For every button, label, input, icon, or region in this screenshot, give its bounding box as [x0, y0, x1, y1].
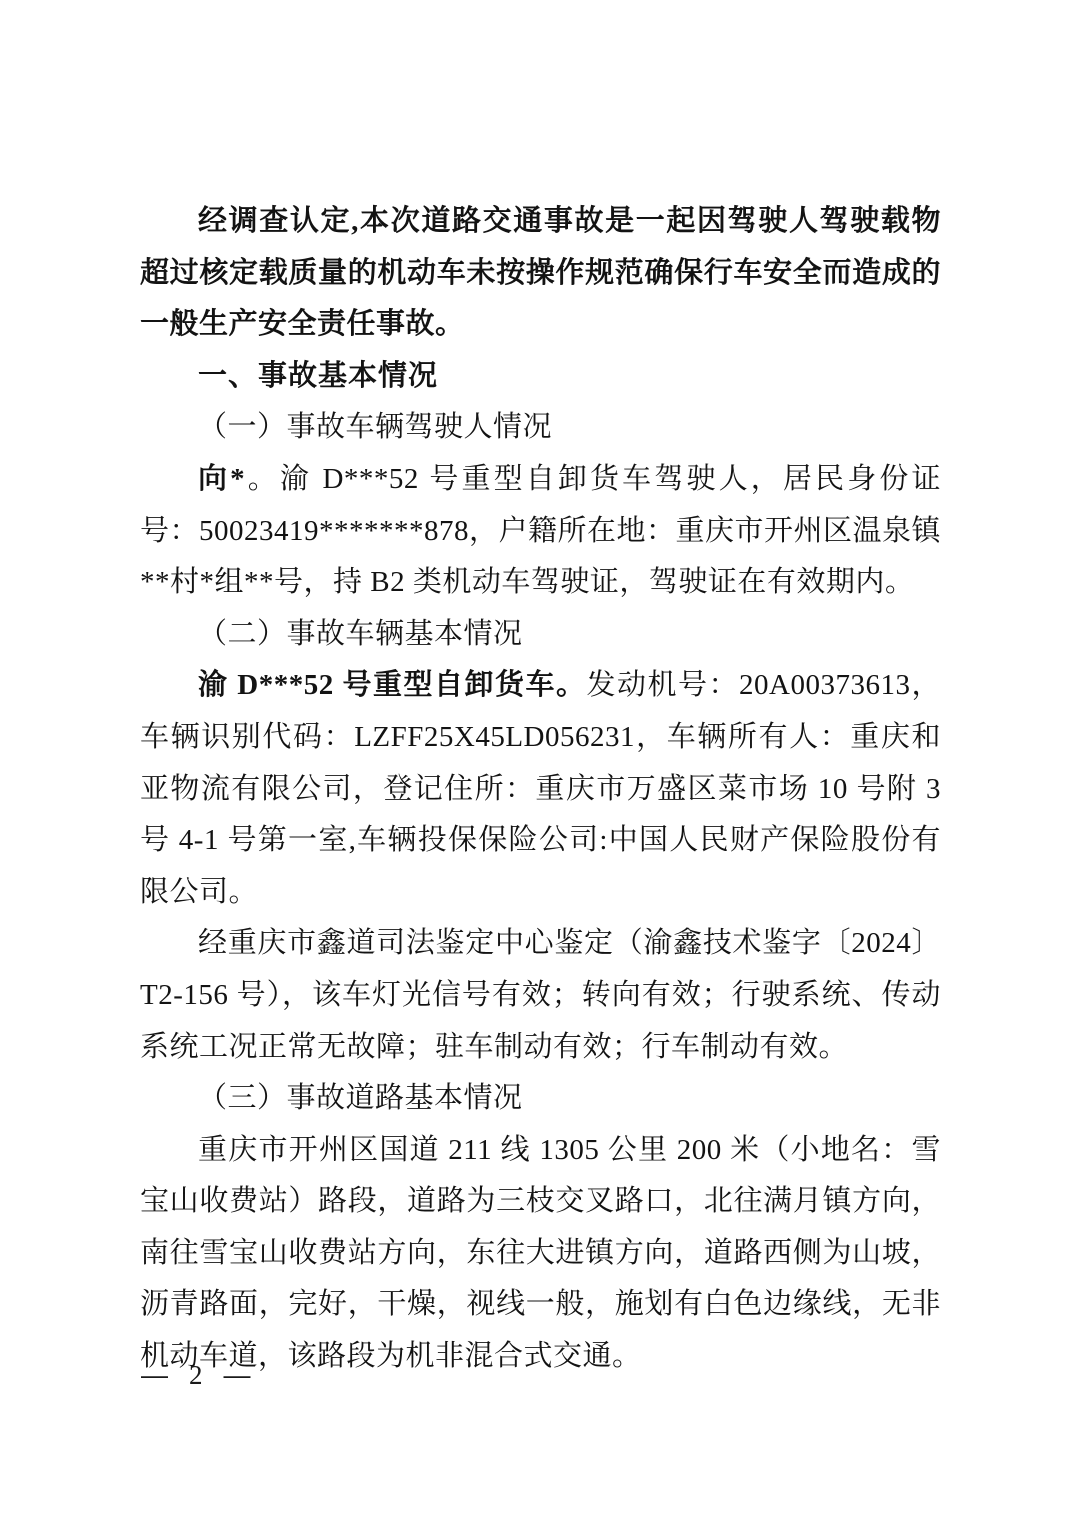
section-heading-accident-basics: 一、事故基本情况: [140, 351, 941, 403]
vehicle-inspection-paragraph: 经重庆市鑫道司法鉴定中心鉴定（渝鑫技术鉴字〔2024〕T2-156 号），该车灯…: [140, 918, 941, 1073]
subsection-heading-road-info: （三）事故道路基本情况: [140, 1073, 941, 1125]
driver-name-lead: 向*: [198, 463, 245, 495]
document-body: 经调查认定,本次道路交通事故是一起因驾驶人驾驶载物超过核定载质量的机动车未按操作…: [140, 196, 941, 1383]
subsection-heading-driver-info: （一）事故车辆驾驶人情况: [140, 402, 941, 454]
vehicle-info-text: 发动机号：20A00373613，车辆识别代码：LZFF25X45LD05623…: [140, 669, 941, 907]
footer-dash-left: —: [141, 1360, 168, 1390]
footer-dash-right: —: [224, 1360, 251, 1390]
vehicle-info-paragraph: 渝 D***52 号重型自卸货车。发动机号：20A00373613，车辆识别代码…: [140, 660, 941, 918]
document-page: 经调查认定,本次道路交通事故是一起因驾驶人驾驶载物超过核定载质量的机动车未按操作…: [0, 0, 1074, 1520]
page-footer: —2—: [141, 1358, 251, 1392]
page-number: 2: [189, 1358, 203, 1392]
vehicle-plate-lead: 渝 D***52 号重型自卸货车。: [198, 669, 587, 701]
subsection-heading-vehicle-info: （二）事故车辆基本情况: [140, 609, 941, 661]
driver-info-paragraph: 向*。渝 D***52 号重型自卸货车驾驶人，居民身份证号：50023419**…: [140, 454, 941, 609]
driver-info-text: 。渝 D***52 号重型自卸货车驾驶人，居民身份证号：50023419****…: [140, 463, 941, 598]
conclusion-paragraph: 经调查认定,本次道路交通事故是一起因驾驶人驾驶载物超过核定载质量的机动车未按操作…: [140, 196, 941, 351]
road-info-paragraph: 重庆市开州区国道 211 线 1305 公里 200 米（小地名：雪宝山收费站）…: [140, 1125, 941, 1383]
